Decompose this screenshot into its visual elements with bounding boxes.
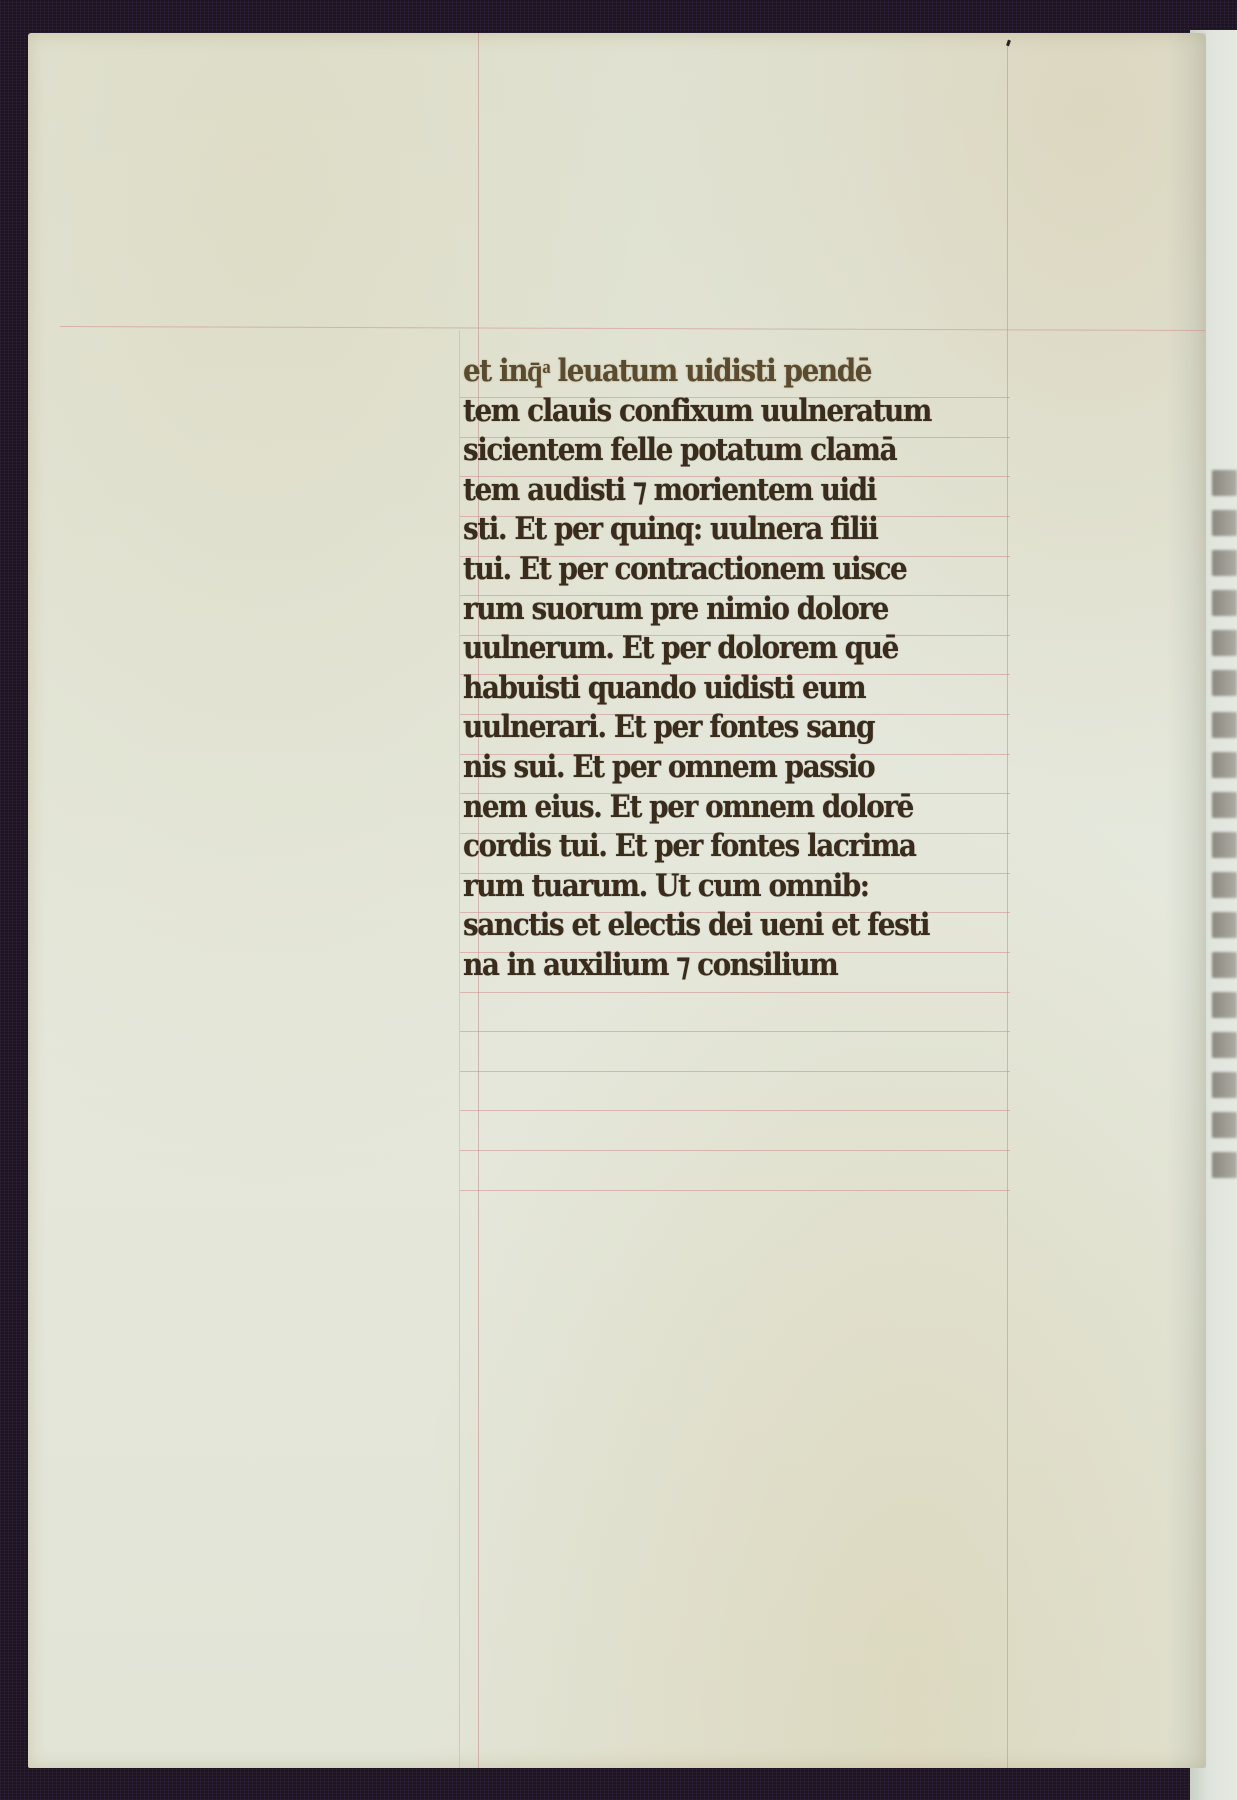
text-line: rum tuarum. Ut cum omnib: bbox=[463, 867, 967, 907]
text-line: uulnerari. Et per fontes sang bbox=[463, 708, 967, 748]
text-line: sanctis et electis dei ueni et festi bbox=[463, 906, 967, 946]
text-line: rum suorum pre nimio dolore bbox=[463, 590, 967, 630]
text-line: tui. Et per contractionem uisce bbox=[463, 550, 967, 590]
text-line: habuisti quando uidisti eum bbox=[463, 669, 967, 709]
ruling-left-inner bbox=[459, 330, 460, 1768]
text-line: tem clauis confixum uulneratum bbox=[463, 392, 967, 432]
text-line: na in auxilium ⁊ consilium bbox=[463, 946, 967, 986]
text-line: sti. Et per quinq: uulnera filii bbox=[463, 510, 967, 550]
text-line: cordis tui. Et per fontes lacrima bbox=[463, 827, 967, 867]
text-block: et inq̄ͣ leuatum uidisti pendē tem claui… bbox=[463, 352, 1023, 986]
text-line: nis sui. Et per omnem passio bbox=[463, 748, 967, 788]
leaf-curve-shadow bbox=[1166, 33, 1206, 1768]
text-line: sicientem felle potatum clamā bbox=[463, 431, 967, 471]
text-line: tem audisti ⁊ morientem uidi bbox=[463, 471, 967, 511]
text-line: uulnerum. Et per dolorem quē bbox=[463, 629, 967, 669]
text-line: et inq̄ͣ leuatum uidisti pendē bbox=[463, 352, 967, 392]
text-line: nem eius. Et per omnem dolorē bbox=[463, 788, 967, 828]
